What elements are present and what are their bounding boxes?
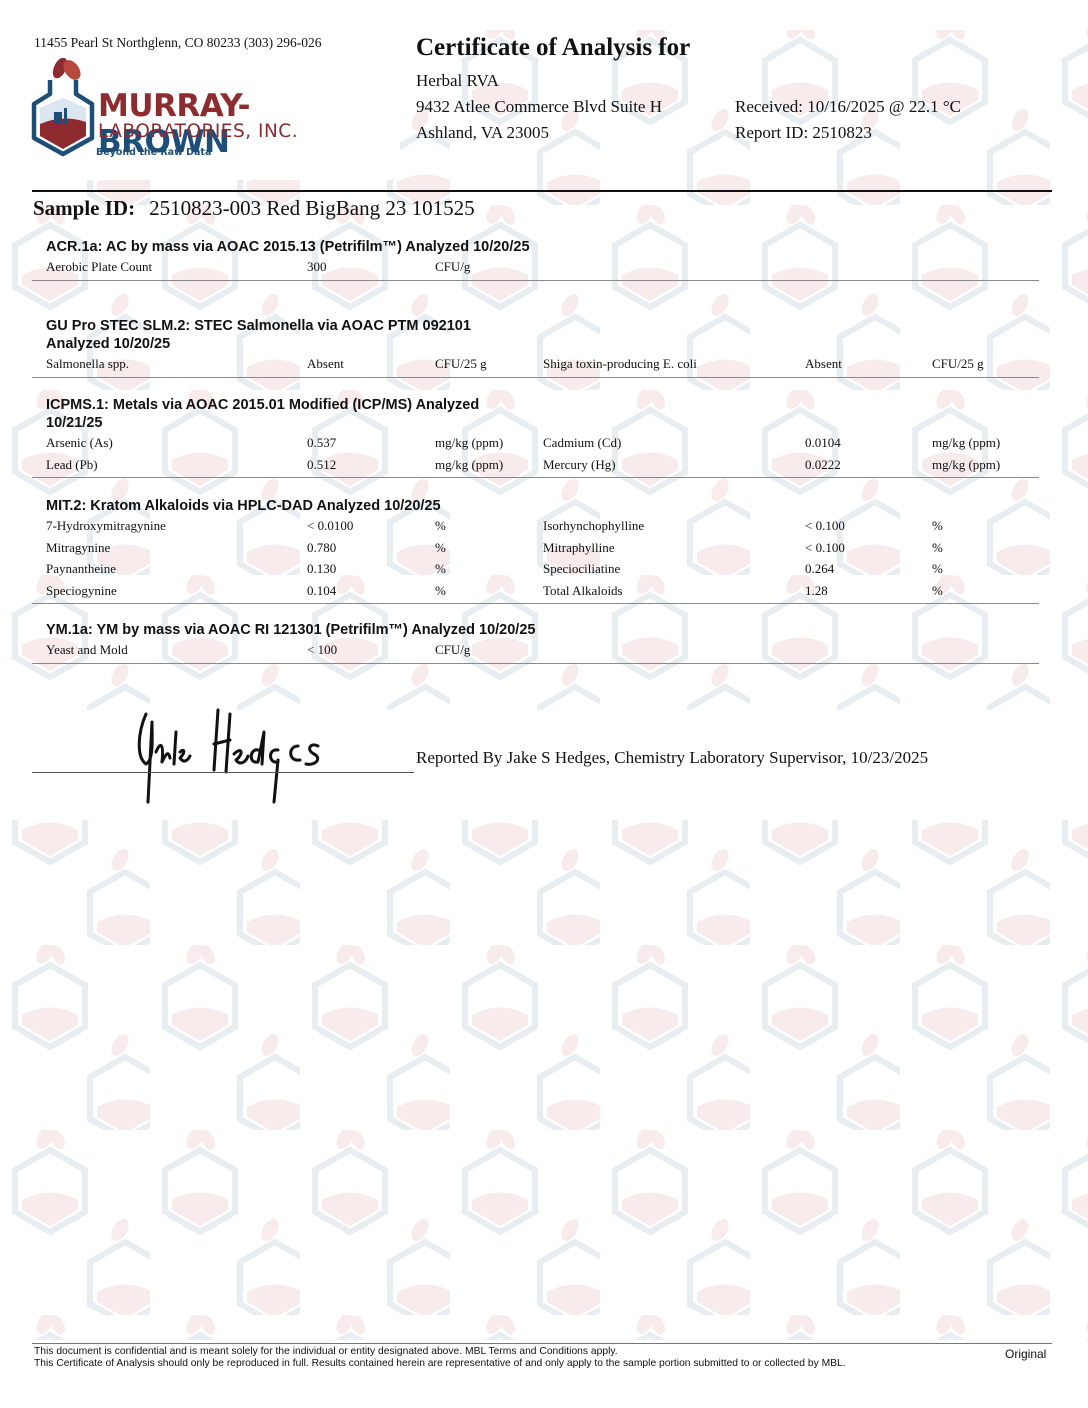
section-divider [32, 477, 1039, 478]
analyte-unit: % [435, 518, 446, 534]
table-row: Yeast and Mold < 100 CFU/g [32, 639, 1039, 661]
analyte-unit: mg/kg (ppm) [435, 435, 503, 451]
analyte-unit: % [932, 583, 943, 599]
analyte-name: 7-Hydroxymitragynine [46, 518, 166, 534]
reported-by: Reported By Jake S Hedges, Chemistry Lab… [416, 748, 928, 768]
analyte-unit: mg/kg (ppm) [435, 457, 503, 473]
analyte-result: 0.0222 [805, 457, 841, 473]
analyte-name: Paynantheine [46, 561, 116, 577]
lab-address: 11455 Pearl St Northglenn, CO 80233 (303… [34, 35, 321, 51]
analyte-result: 1.28 [805, 583, 828, 599]
analyte-result: 0.104 [307, 583, 336, 599]
analyte-unit: % [932, 561, 943, 577]
client-city: Ashland, VA 23005 [416, 120, 662, 146]
analyte-unit: CFU/25 g [932, 356, 984, 372]
analyte-unit: mg/kg (ppm) [932, 435, 1000, 451]
sample-id-value: 2510823-003 Red BigBang 23 101525 [149, 196, 475, 220]
table-row: Lead (Pb) 0.512 mg/kg (ppm) Mercury (Hg)… [32, 454, 1039, 476]
analyte-unit: % [932, 540, 943, 556]
analyte-name: Lead (Pb) [46, 457, 98, 473]
analyte-unit: CFU/g [435, 642, 470, 658]
logo-subtitle: LABORATORIES, INC. [98, 121, 298, 142]
section-divider [32, 377, 1039, 378]
client-street: 9432 Atlee Commerce Blvd Suite H [416, 94, 662, 120]
section-divider [32, 663, 1039, 664]
signature-line [32, 772, 414, 773]
logo-tagline: Beyond the Raw Data [96, 147, 211, 158]
receipt-block: Received: 10/16/2025 @ 22.1 °C Report ID… [735, 94, 961, 146]
section-heading: MIT.2: Kratom Alkaloids via HPLC-DAD Ana… [46, 497, 746, 515]
table-row: Arsenic (As) 0.537 mg/kg (ppm) Cadmium (… [32, 432, 1039, 454]
footer-divider [32, 1343, 1052, 1344]
section-metals: ICPMS.1: Metals via AOAC 2015.01 Modifie… [32, 396, 1039, 478]
table-row: 7-Hydroxymitragynine < 0.0100 % Isorhync… [32, 515, 1039, 537]
analyte-unit: CFU/g [435, 259, 470, 275]
analyte-result: 300 [307, 259, 327, 275]
analyte-result: < 0.0100 [307, 518, 353, 534]
analyte-result: < 0.100 [805, 540, 845, 556]
analyte-result: < 100 [307, 642, 337, 658]
report-id: Report ID: 2510823 [735, 120, 961, 146]
analyte-name: Cadmium (Cd) [543, 435, 621, 451]
analyte-name: Mitraphylline [543, 540, 615, 556]
analyte-name: Aerobic Plate Count [46, 259, 152, 275]
sample-id-label: Sample ID: [33, 196, 135, 220]
header-divider [32, 190, 1052, 192]
section-heading: YM.1a: YM by mass via AOAC RI 121301 (Pe… [46, 621, 536, 639]
footer-line-1: This document is confidential and is mea… [34, 1346, 846, 1358]
footer-disclaimer: This document is confidential and is mea… [34, 1346, 846, 1370]
table-row: Speciogynine 0.104 % Total Alkaloids 1.2… [32, 580, 1039, 602]
analyte-name: Yeast and Mold [46, 642, 128, 658]
analyte-result: 0.537 [307, 435, 336, 451]
document-status: Original [1005, 1347, 1046, 1361]
analyte-unit: mg/kg (ppm) [932, 457, 1000, 473]
table-row: Aerobic Plate Count 300 CFU/g [32, 256, 1039, 278]
analyte-name: Speciociliatine [543, 561, 620, 577]
section-heading: ICPMS.1: Metals via AOAC 2015.01 Modifie… [46, 396, 536, 432]
analyte-result: 0.780 [307, 540, 336, 556]
analyte-result: 0.512 [307, 457, 336, 473]
section-stec-salmonella: GU Pro STEC SLM.2: STEC Salmonella via A… [32, 317, 1039, 378]
page-title: Certificate of Analysis for [416, 34, 690, 62]
analyte-unit: CFU/25 g [435, 356, 487, 372]
client-block: Herbal RVA 9432 Atlee Commerce Blvd Suit… [416, 68, 662, 146]
analyte-unit: % [435, 540, 446, 556]
analyte-name: Total Alkaloids [543, 583, 623, 599]
analyte-name: Arsenic (As) [46, 435, 113, 451]
section-acr: ACR.1a: AC by mass via AOAC 2015.13 (Pet… [32, 238, 1039, 281]
lab-logo: MURRAY- BROWN LABORATORIES, INC. Beyond … [30, 58, 360, 163]
table-row: Mitragynine 0.780 % Mitraphylline < 0.10… [32, 537, 1039, 559]
client-name: Herbal RVA [416, 68, 662, 94]
analyte-name: Salmonella spp. [46, 356, 129, 372]
footer-line-2: This Certificate of Analysis should only… [34, 1358, 846, 1370]
received-date: Received: 10/16/2025 @ 22.1 °C [735, 94, 961, 120]
section-yeast-mold: YM.1a: YM by mass via AOAC RI 121301 (Pe… [32, 621, 1039, 664]
flask-logo-icon [30, 58, 96, 158]
analyte-name: Shiga toxin-producing E. coli [543, 356, 697, 372]
section-divider [32, 603, 1039, 604]
analyte-result: 0.130 [307, 561, 336, 577]
analyte-unit: % [435, 561, 446, 577]
analyte-result: 0.0104 [805, 435, 841, 451]
analyte-result: Absent [307, 356, 344, 372]
section-divider [32, 280, 1039, 281]
analyte-result: Absent [805, 356, 842, 372]
table-row: Salmonella spp. Absent CFU/25 g Shiga to… [32, 353, 1039, 375]
signature-image [118, 702, 328, 807]
sample-id: Sample ID:2510823-003 Red BigBang 23 101… [33, 196, 475, 221]
analyte-name: Isorhynchophylline [543, 518, 644, 534]
section-heading: ACR.1a: AC by mass via AOAC 2015.13 (Pet… [46, 238, 536, 256]
section-kratom-alkaloids: MIT.2: Kratom Alkaloids via HPLC-DAD Ana… [32, 497, 1039, 604]
analyte-unit: % [932, 518, 943, 534]
analyte-name: Mercury (Hg) [543, 457, 616, 473]
analyte-result: 0.264 [805, 561, 834, 577]
analyte-name: Speciogynine [46, 583, 117, 599]
analyte-result: < 0.100 [805, 518, 845, 534]
table-row: Paynantheine 0.130 % Speciociliatine 0.2… [32, 558, 1039, 580]
logo-name: MURRAY- [98, 88, 250, 124]
analyte-unit: % [435, 583, 446, 599]
section-heading: GU Pro STEC SLM.2: STEC Salmonella via A… [46, 317, 536, 353]
analyte-name: Mitragynine [46, 540, 110, 556]
